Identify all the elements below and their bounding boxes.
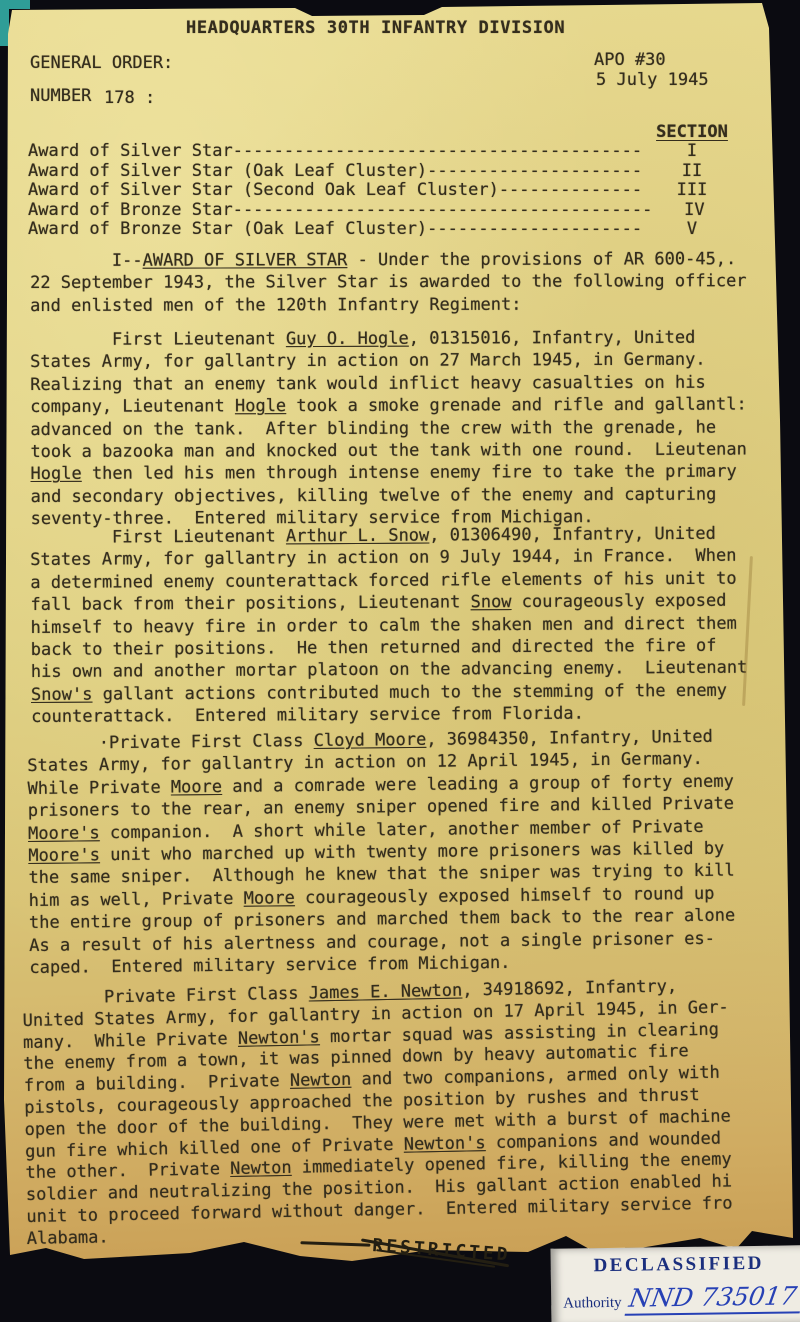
- leader-dashes: --------------: [499, 181, 642, 201]
- section-numeral: II: [650, 162, 734, 182]
- strike-line-lead: [300, 1241, 370, 1246]
- section-numeral: III: [650, 181, 734, 201]
- index-row-label: Award of Bronze Star: [28, 201, 233, 221]
- citation-paragraph-hogle: First Lieutenant Guy O. Hogle, 01315016,…: [30, 326, 781, 530]
- index-row-label: Award of Bronze Star (Oak Leaf Cluster): [28, 220, 427, 240]
- leader-dashes: ---------------------: [427, 220, 642, 240]
- leader-dashes: ----------------------------------------: [233, 142, 642, 162]
- apo-line: APO #30: [594, 50, 666, 70]
- leader-dashes: ---------------------: [427, 162, 642, 182]
- section-column-header: SECTION: [650, 122, 734, 142]
- section-numeral: I: [650, 142, 734, 162]
- date-line: 5 July 1945: [596, 70, 709, 90]
- order-number-value: 178 :: [104, 88, 155, 108]
- index-row-label: Award of Silver Star (Second Oak Leaf Cl…: [28, 181, 499, 201]
- scanned-document-photo: HEADQUARTERS 30TH INFANTRY DIVISION GENE…: [0, 0, 800, 1322]
- document-page: HEADQUARTERS 30TH INFANTRY DIVISION GENE…: [0, 0, 800, 1322]
- index-row-label: Award of Silver Star: [28, 142, 233, 162]
- section-numeral: V: [650, 220, 734, 240]
- general-order-label: GENERAL ORDER:: [30, 53, 173, 73]
- citation-paragraph-moore: ·Private First Class Cloyd Moore, 369843…: [27, 725, 780, 979]
- authority-label: Authority: [563, 1295, 622, 1317]
- declassified-title: DECLASSIFIED: [551, 1252, 800, 1278]
- index-row-silver-star: Award of Silver Star--------------------…: [28, 142, 734, 162]
- scan-edge-artifact-left: [0, 0, 9, 46]
- section-1-heading-paragraph: I--AWARD OF SILVER STAR - Under the prov…: [30, 248, 780, 317]
- index-row-silver-star-olc: Award of Silver Star (Oak Leaf Cluster)-…: [28, 162, 734, 182]
- authority-handwritten-value: NND 735017: [625, 1281, 800, 1316]
- index-row-bronze-star-olc: Award of Bronze Star (Oak Leaf Cluster)-…: [28, 220, 734, 240]
- order-number-label: NUMBER: [30, 86, 91, 106]
- declassified-sticker: DECLASSIFIED Authority NND 735017: [550, 1245, 800, 1322]
- citation-paragraph-snow: First Lieutenant Arthur L. Snow, 0130649…: [30, 522, 781, 728]
- index-row-label: Award of Silver Star (Oak Leaf Cluster): [28, 162, 427, 182]
- authority-row: Authority NND 735017: [563, 1281, 800, 1316]
- section-numeral: IV: [652, 201, 736, 221]
- citation-paragraph-newton: Private First Class James E. Newton, 349…: [22, 975, 777, 1251]
- document-title: HEADQUARTERS 30TH INFANTRY DIVISION: [186, 18, 565, 38]
- index-row-bronze-star: Award of Bronze Star--------------------…: [28, 201, 734, 221]
- section-index-rows: Award of Silver Star--------------------…: [28, 142, 734, 240]
- leader-dashes: ----------------------------------------…: [233, 201, 653, 221]
- index-row-silver-star-2olc: Award of Silver Star (Second Oak Leaf Cl…: [28, 181, 734, 201]
